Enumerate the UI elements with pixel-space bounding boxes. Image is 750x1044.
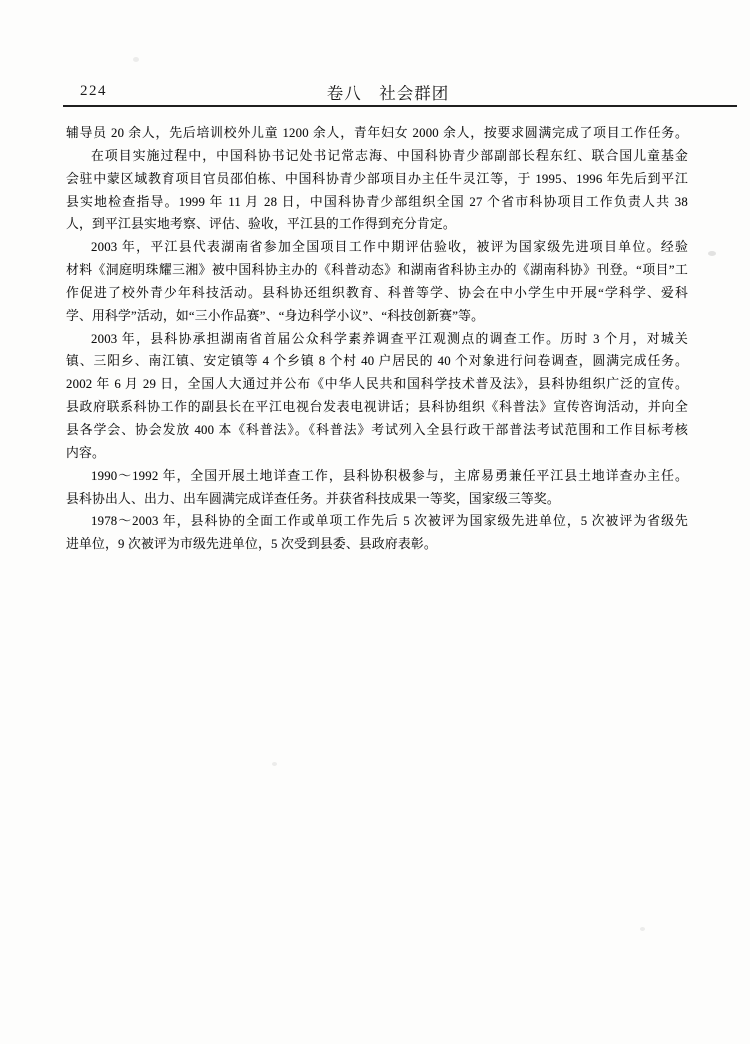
text-line: 2003 年，县科协承担湖南省首届公众科学素养调查平江观测点的调查工作。历时 3… bbox=[66, 328, 688, 351]
text-line: 县政府联系科协工作的副县长在平江电视台发表电视讲话；县科协组织《科普法》宣传咨询… bbox=[66, 396, 688, 419]
text-line: 县各学会、协会发放 400 本《科普法》。《科普法》考试列入全县行政干部普法考试… bbox=[66, 419, 688, 442]
text-line: 1990～1992 年，全国开展土地详查工作，县科协积极参与，主席易勇兼任平江县… bbox=[66, 465, 688, 488]
scanned-page: 224 卷八 社会群团 辅导员 20 余人，先后培训校外儿童 1200 余人，青… bbox=[0, 0, 750, 1044]
scan-speck bbox=[133, 57, 139, 62]
text-line: 县实地检查指导。1999 年 11 月 28 日，中国科协青少部组织全国 27 … bbox=[66, 191, 688, 214]
text-line: 材料《洞庭明珠耀三湘》被中国科协主办的《科普动态》和湖南省科协主办的《湖南科协》… bbox=[66, 259, 688, 282]
scan-speck bbox=[640, 927, 645, 931]
running-header-title: 卷八 社会群团 bbox=[13, 80, 750, 104]
scan-speck bbox=[708, 251, 716, 256]
text-line: 学、用科学”活动，如“三小作品赛”、“身边科学小议”、“科技创新赛”等。 bbox=[66, 305, 688, 328]
header-rule bbox=[63, 105, 737, 107]
text-line: 进单位，9 次被评为市级先进单位，5 次受到县委、县政府表彰。 bbox=[66, 533, 688, 556]
text-line: 在项目实施过程中，中国科协书记处书记常志海、中国科协青少部副部长程东红、联合国儿… bbox=[66, 145, 688, 168]
text-line: 1978～2003 年，县科协的全面工作或单项工作先后 5 次被评为国家级先进单… bbox=[66, 510, 688, 533]
text-line: 会驻中蒙区域教育项目官员邵伯栋、中国科协青少部项目办主任牛灵江等，于 1995、… bbox=[66, 168, 688, 191]
text-line: 2003 年，平江县代表湖南省参加全国项目工作中期评估验收，被评为国家级先进项目… bbox=[66, 236, 688, 259]
text-line: 作促进了校外青少年科技活动。县科协还组织教育、科普等学、协会在中小学生中开展“学… bbox=[66, 282, 688, 305]
text-line: 人，到平江县实地考察、评估、验收，平江县的工作得到充分肯定。 bbox=[66, 213, 688, 236]
text-line: 辅导员 20 余人，先后培训校外儿童 1200 余人，青年妇女 2000 余人，… bbox=[66, 122, 688, 145]
text-line: 镇、三阳乡、南江镇、安定镇等 4 个乡镇 8 个村 40 户居民的 40 个对象… bbox=[66, 350, 688, 373]
text-line: 内容。 bbox=[66, 442, 688, 465]
scan-speck bbox=[272, 762, 277, 766]
body-text: 辅导员 20 余人，先后培训校外儿童 1200 余人，青年妇女 2000 余人，… bbox=[66, 122, 688, 556]
text-line: 2002 年 6 月 29 日，全国人大通过并公布《中华人民共和国科学技术普及法… bbox=[66, 373, 688, 396]
text-line: 县科协出人、出力、出车圆满完成详查任务。并获省科技成果一等奖，国家级三等奖。 bbox=[66, 488, 688, 511]
